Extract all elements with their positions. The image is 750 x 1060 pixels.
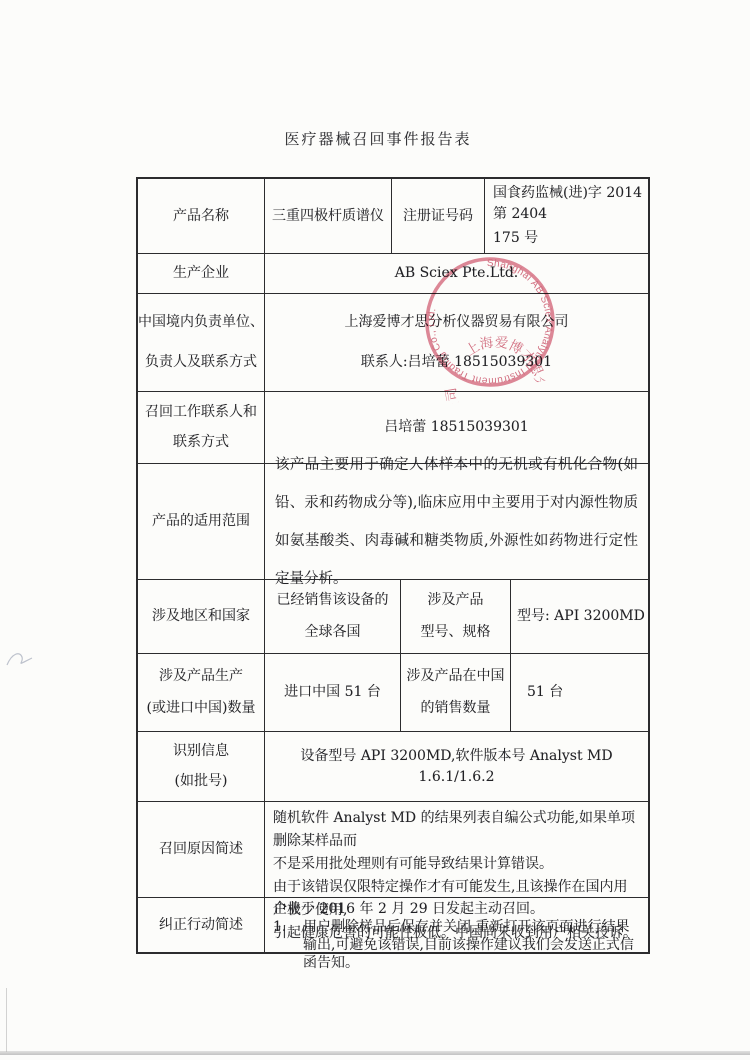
reason-value-cell: 随机软件 Analyst MD 的结果列表自编公式功能,如果单项删除某样品而 不… [265,802,648,897]
china-sales-label-cell: 涉及产品在中国 的销售数量 [401,654,511,731]
identification-label-cell: 识别信息 (如批号) [138,732,265,801]
table-row: 纠正行动简述 企业于 2016 年 2 月 29 日发起主动召回。 1. 用户删… [138,898,648,952]
identification-label-line: 识别信息 [173,741,229,762]
product-name-label: 产品名称 [173,206,229,227]
china-agent-label-line: 中国境内负责单位、 [138,312,264,333]
model-value: 型号: API 3200MD [517,606,645,627]
product-name-label-cell: 产品名称 [138,179,265,253]
model-label-line: 型号、规格 [421,622,491,643]
scan-edge-bottom [0,1051,750,1055]
recall-contact-label-cell: 召回工作联系人和 联系方式 [138,392,265,463]
scanned-document-page: 医疗器械召回事件报告表 产品名称 三重四极杆质谱仪 注册证号码 国食药监械(进)… [0,0,750,1060]
table-row: 中国境内负责单位、 负责人及联系方式 上海爱博才思分析仪器贸易有限公司 联系人:… [138,294,648,392]
china-agent-company: 上海爱博才思分析仪器贸易有限公司 [345,312,569,333]
regions-sold-line: 全球各国 [305,622,361,643]
table-row: 产品的适用范围 该产品主要用于确定人体样本中的无机或有机化合物(如铅、汞和药物成… [138,464,648,580]
product-name-value-cell: 三重四极杆质谱仪 [265,179,392,253]
model-label-cell: 涉及产品 型号、规格 [401,580,511,653]
china-agent-value-cell: 上海爱博才思分析仪器贸易有限公司 联系人:吕培蕾 18515039301 [265,294,648,391]
reason-label: 召回原因简述 [159,839,243,860]
quantity-label-line: 涉及产品生产 [159,666,243,687]
reason-label-cell: 召回原因简述 [138,802,265,897]
identification-value: 设备型号 API 3200MD,软件版本号 Analyst MD 1.6.1/1… [265,746,648,788]
model-value-cell: 型号: API 3200MD [511,580,648,653]
table-row: 涉及产品生产 (或进口中国)数量 进口中国 51 台 涉及产品在中国 的销售数量… [138,654,648,732]
import-quantity-value: 进口中国 51 台 [284,682,381,703]
action-item-number: 1. [273,918,303,972]
table-row: 产品名称 三重四极杆质谱仪 注册证号码 国食药监械(进)字 2014 第 240… [138,179,648,254]
registration-value-cell: 国食药监械(进)字 2014 第 2404 175 号 [485,179,648,253]
table-row: 召回原因简述 随机软件 Analyst MD 的结果列表自编公式功能,如果单项删… [138,802,648,898]
scope-label-cell: 产品的适用范围 [138,464,265,579]
reason-line: 不是采用批处理则有可能导致结果计算错误。 [273,853,640,876]
action-item-text: 用户删除样品后保存并关闭,重新打开该页面进行结果输出,可避免该错误,目前该操作建… [303,918,640,972]
quantity-label-cell: 涉及产品生产 (或进口中国)数量 [138,654,265,731]
reason-line: 随机软件 Analyst MD 的结果列表自编公式功能,如果单项删除某样品而 [273,807,640,853]
regions-sold-line: 已经销售该设备的 [277,590,389,611]
action-list-item: 1. 用户删除样品后保存并关闭,重新打开该页面进行结果输出,可避免该错误,目前该… [273,918,640,972]
china-sales-label-line: 的销售数量 [421,698,491,719]
table-row: 生产企业 AB Sciex Pte.Ltd. [138,254,648,294]
registration-value-line: 175 号 [493,228,538,249]
scan-edge-left [6,988,7,1052]
china-agent-label-line: 负责人及联系方式 [145,352,257,373]
pencil-scribble-mark [4,645,38,673]
manufacturer-value-cell: AB Sciex Pte.Ltd. [265,254,648,293]
china-sales-value-cell: 51 台 [511,654,648,731]
scope-value-cell: 该产品主要用于确定人体样本中的无机或有机化合物(如铅、汞和药物成分等),临床应用… [265,464,648,579]
china-sales-value: 51 台 [527,682,563,703]
scope-value: 该产品主要用于确定人体样本中的无机或有机化合物(如铅、汞和药物成分等),临床应用… [275,446,638,598]
table-row: 识别信息 (如批号) 设备型号 API 3200MD,软件版本号 Analyst… [138,732,648,802]
china-sales-label-line: 涉及产品在中国 [407,666,505,687]
recall-contact-label-line: 召回工作联系人和 [145,402,257,423]
action-value-cell: 企业于 2016 年 2 月 29 日发起主动召回。 1. 用户删除样品后保存并… [265,898,648,952]
manufacturer-label: 生产企业 [173,263,229,284]
action-label-cell: 纠正行动简述 [138,898,265,952]
import-quantity-cell: 进口中国 51 台 [265,654,401,731]
regions-label: 涉及地区和国家 [152,606,250,627]
registration-label: 注册证号码 [403,206,473,227]
identification-label-line: (如批号) [175,771,228,792]
identification-value-cell: 设备型号 API 3200MD,软件版本号 Analyst MD 1.6.1/1… [265,732,648,801]
quantity-label-line: (或进口中国)数量 [147,698,256,719]
action-line: 企业于 2016 年 2 月 29 日发起主动召回。 [273,900,640,918]
model-label-line: 涉及产品 [428,590,484,611]
document-title: 医疗器械召回事件报告表 [138,128,618,149]
product-name-value: 三重四极杆质谱仪 [272,206,384,227]
manufacturer-value: AB Sciex Pte.Ltd. [395,263,519,284]
table-row: 涉及地区和国家 已经销售该设备的 全球各国 涉及产品 型号、规格 型号: API… [138,580,648,654]
registration-value-line: 国食药监械(进)字 2014 第 2404 [493,183,642,225]
recall-contact-value: 吕培蕾 18515039301 [384,417,528,438]
regions-sold-cell: 已经销售该设备的 全球各国 [265,580,401,653]
recall-report-table: 产品名称 三重四极杆质谱仪 注册证号码 国食药监械(进)字 2014 第 240… [136,177,650,954]
action-label: 纠正行动简述 [159,915,243,936]
recall-contact-label-line: 联系方式 [173,432,229,453]
manufacturer-label-cell: 生产企业 [138,254,265,293]
scope-label: 产品的适用范围 [152,511,250,532]
registration-label-cell: 注册证号码 [392,179,485,253]
china-agent-contact: 联系人:吕培蕾 18515039301 [361,352,552,373]
regions-label-cell: 涉及地区和国家 [138,580,265,653]
china-agent-label-cell: 中国境内负责单位、 负责人及联系方式 [138,294,265,391]
